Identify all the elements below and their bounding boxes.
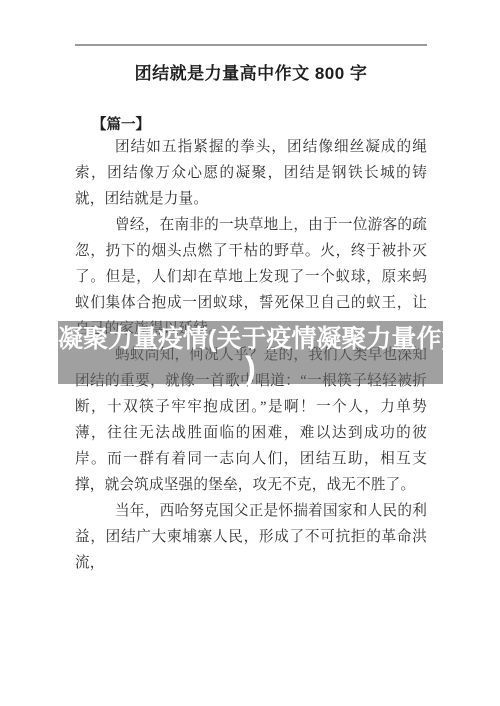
body-paragraph-4: 当年，西哈努克国父正是怀揣着国家和人民的利益，团结广大柬埔寨人民，形成了不可抗拒… xyxy=(75,498,427,576)
page-title: 团结就是力量高中作文 800 字 xyxy=(75,62,427,86)
document-content: 团结就是力量高中作文 800 字 【篇一】 团结如五指紧握的拳头，团结像细丝凝成… xyxy=(0,0,500,576)
watermark-overlay: 凝聚力量疫情(关于疫情凝聚力量作文 ) xyxy=(58,321,443,384)
section-label: 【篇一】 xyxy=(92,116,427,134)
body-paragraph-1: 团结如五指紧握的拳头，团结像细丝凝成的绳索，团结像万众心愿的凝聚，团结是钢铁长城… xyxy=(75,134,427,212)
top-divider xyxy=(75,44,427,46)
watermark-text-line2: ) xyxy=(58,354,443,382)
document-page: 团结就是力量高中作文 800 字 【篇一】 团结如五指紧握的拳头，团结像细丝凝成… xyxy=(0,0,500,706)
